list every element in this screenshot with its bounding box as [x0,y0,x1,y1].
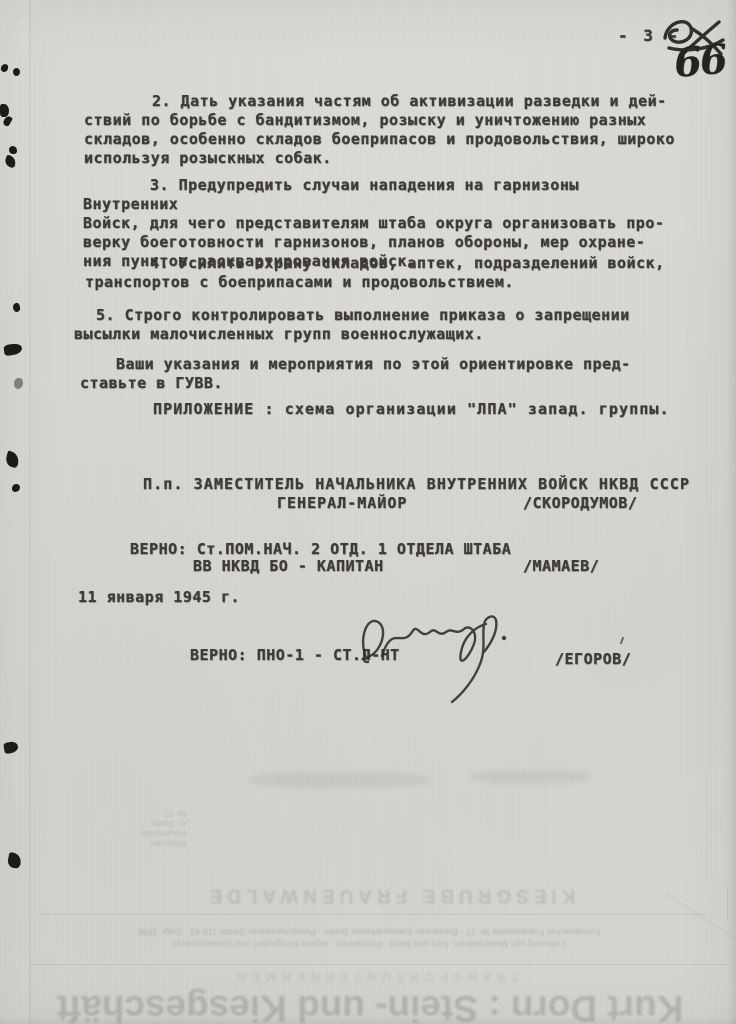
date-line: 11 января 1945 г. [78,588,240,607]
certifier-name: /МАМАЕВ/ [523,557,599,576]
signatory-name: /СКОРОДУМОВ/ [523,494,637,513]
bleed-company-subtitle: KIESGRUBE FRAUENWALDE [180,884,600,906]
bleed-info-line-2: Lieferung von Mauersteinen, Kies und San… [35,938,703,949]
stray-pen-mark [620,637,624,644]
bleed-smudge [250,772,430,788]
paragraph-5: 5. Строго контролировать выполнение прик… [74,306,674,344]
bleed-smudge [470,770,590,784]
handwritten-signature [352,606,552,704]
bleed-company-name: Kurt Dorn : Stein- und Kiesgeschäft [15,985,725,1024]
paragraph-instructions: Ваши указания и мероприятия по этой орие… [80,355,680,393]
bleed-rule [38,914,706,915]
signatory-title-line: П.п. ЗАМЕСТИТЕЛЬ НАЧАЛЬНИКА ВНУТРЕННИХ В… [143,475,690,494]
signatory-rank: ГЕНЕРАЛ-МАЙОР [277,494,407,513]
bleed-info-line-1: Fernsprecher Frauenwalde Nr. 27 · Bankko… [35,926,703,937]
second-certifier-name: /ЕГОРОВ/ [555,650,631,669]
ink-stain [9,146,17,154]
paragraph-2: 2. Дать указания частям об активизации р… [84,92,684,168]
attachment-line: ПРИЛОЖЕНИЕ : схема организации "ЛПА" зап… [153,400,670,419]
right-edge-shadow [727,0,736,1024]
ink-stain [13,68,20,76]
bleed-rule-corner [727,886,728,920]
fold-line [29,0,31,1024]
bleed-spaced-line: TRANSPORTUNTERNEHMEN [190,970,560,984]
bleed-rule [30,964,727,965]
document-page: - 3 - 66 2. Дать указания частям об акти… [0,0,736,1024]
paragraph-4: 4. Усилить охрану складов, аптек, подраз… [85,254,685,292]
handwritten-page-number: 66 [672,36,728,87]
certified-line-2: ВВ НКВД БО - КАПИТАН [193,557,384,576]
bleed-left-block: Kiesgrube Frauenwalde Kr. Soldin Nr. 27 [36,808,186,848]
